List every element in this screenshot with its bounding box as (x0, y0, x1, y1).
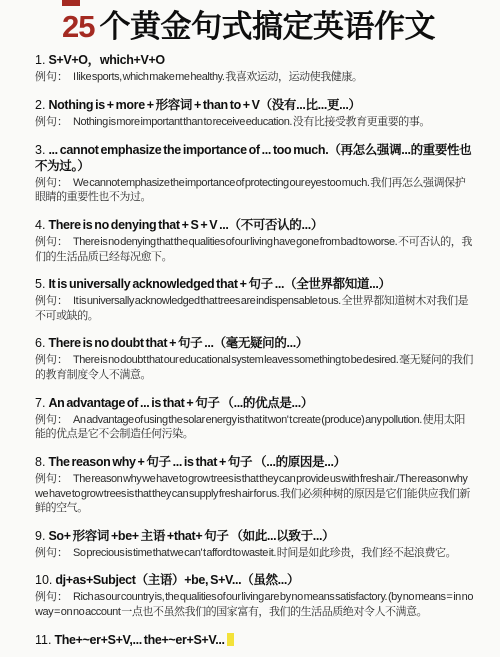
example-text: I like sports, which make me healthy. 我喜… (73, 71, 362, 83)
example-text: The reason why we have to grow trees is … (35, 473, 470, 514)
pattern-text: S+V+O，which+V+O (48, 53, 164, 67)
example-label: 例句： (35, 414, 68, 426)
example-sentence: 例句：An advantage of using the solar energ… (35, 413, 474, 442)
red-corner-fragment (62, 0, 80, 6)
example-text: So precious is time that we can' t affor… (73, 547, 456, 559)
pattern-item: 2.Nothing is + more + 形容词 + than to + V（… (35, 97, 474, 130)
example-sentence: 例句：The reason why we have to grow trees … (35, 472, 474, 516)
example-label: 例句： (35, 591, 68, 603)
pattern-heading: 10.dj+as+Subject（主语）+be, S+V...（虽然...） (35, 572, 474, 588)
example-text: We cannot emphasize the importance of pr… (35, 177, 465, 204)
page-title: 25个黄金句式搞定英语作文 (62, 10, 474, 43)
example-sentence: 例句：We cannot emphasize the importance of… (35, 176, 474, 205)
example-sentence: 例句：There is no denying that the qualitie… (35, 235, 474, 264)
example-text: Rich as our country is, the qualities of… (35, 591, 473, 618)
pattern-item: 11.The+~er+S+V,... the+~er+S+V... (35, 632, 474, 648)
pattern-text: An advantage of ... is that + 句子 （...的优点… (48, 396, 313, 410)
example-sentence: 例句：There is no doubt that our educationa… (35, 353, 474, 382)
pattern-item: 4.There is no denying that + S + V ...（不… (35, 217, 474, 264)
pattern-number: 4. (35, 218, 45, 232)
pattern-heading: 8.The reason why + 句子 ... is that + 句子 （… (35, 454, 474, 470)
pattern-text: There is no doubt that + 句子 ...（毫无疑问的...… (48, 336, 308, 350)
title-number: 25 (62, 9, 94, 44)
pattern-text: The+~er+S+V,... the+~er+S+V... (54, 633, 224, 647)
pattern-heading: 2.Nothing is + more + 形容词 + than to + V（… (35, 97, 474, 113)
pattern-number: 8. (35, 455, 45, 469)
example-sentence: 例句：Nothing is more important than to rec… (35, 115, 474, 130)
document-page: 25个黄金句式搞定英语作文 1.S+V+O，which+V+O 例句：I lik… (0, 0, 500, 657)
example-label: 例句： (35, 547, 68, 559)
example-sentence: 例句：Rich as our country is, the qualities… (35, 590, 474, 619)
pattern-text: ... cannot emphasize the importance of .… (35, 143, 471, 173)
pattern-text: dj+as+Subject（主语）+be, S+V...（虽然...） (55, 573, 299, 587)
pattern-heading: 1.S+V+O，which+V+O (35, 52, 474, 68)
pattern-text: The reason why + 句子 ... is that + 句子 （..… (48, 455, 345, 469)
example-sentence: 例句：So precious is time that we can' t af… (35, 546, 474, 561)
pattern-heading: 9.So+ 形容词 +be+ 主语 +that+ 句子 （如此...以致于...… (35, 528, 474, 544)
example-label: 例句： (35, 295, 68, 307)
example-text: Nothing is more important than to receiv… (73, 116, 430, 128)
pattern-item: 9.So+ 形容词 +be+ 主语 +that+ 句子 （如此...以致于...… (35, 528, 474, 561)
example-label: 例句： (35, 354, 68, 366)
title-text: 个黄金句式搞定英语作文 (99, 9, 435, 44)
pattern-number: 1. (35, 53, 45, 67)
pattern-heading: 5.It is universally acknowledged that + … (35, 276, 474, 292)
pattern-item: 10.dj+as+Subject（主语）+be, S+V...（虽然...） 例… (35, 572, 474, 619)
pattern-item: 7.An advantage of ... is that + 句子 （...的… (35, 395, 474, 442)
pattern-text: It is universally acknowledged that + 句子… (48, 277, 390, 291)
example-text: It is universally acknowledged that tree… (35, 295, 468, 322)
pattern-text: Nothing is + more + 形容词 + than to + V（没有… (48, 98, 360, 112)
example-sentence: 例句：I like sports, which make me healthy.… (35, 70, 474, 85)
pattern-heading: 11.The+~er+S+V,... the+~er+S+V... (35, 632, 474, 648)
pattern-number: 3. (35, 143, 45, 157)
pattern-text: There is no denying that + S + V ...（不可否… (48, 218, 323, 232)
pattern-item: 8.The reason why + 句子 ... is that + 句子 （… (35, 454, 474, 516)
pattern-text: So+ 形容词 +be+ 主语 +that+ 句子 （如此...以致于...） (48, 529, 334, 543)
pattern-number: 11. (35, 633, 51, 647)
pattern-number: 6. (35, 336, 45, 350)
pattern-item: 3.... cannot emphasize the importance of… (35, 142, 474, 205)
example-sentence: 例句：It is universally acknowledged that t… (35, 294, 474, 323)
pattern-item: 5.It is universally acknowledged that + … (35, 276, 474, 323)
pattern-number: 9. (35, 529, 45, 543)
pattern-list: 1.S+V+O，which+V+O 例句：I like sports, whic… (35, 52, 474, 647)
example-label: 例句： (35, 116, 68, 128)
pattern-number: 5. (35, 277, 45, 291)
example-label: 例句： (35, 236, 68, 248)
pattern-number: 2. (35, 98, 45, 112)
pattern-item: 6.There is no doubt that + 句子 ...（毫无疑问的.… (35, 335, 474, 382)
example-label: 例句： (35, 177, 68, 189)
pattern-number: 7. (35, 396, 45, 410)
pattern-item: 1.S+V+O，which+V+O 例句：I like sports, whic… (35, 52, 474, 85)
pattern-heading: 6.There is no doubt that + 句子 ...（毫无疑问的.… (35, 335, 474, 351)
example-text: An advantage of using the solar energy i… (35, 414, 465, 441)
example-text: There is no denying that the qualities o… (35, 236, 472, 263)
pattern-heading: 7.An advantage of ... is that + 句子 （...的… (35, 395, 474, 411)
example-label: 例句： (35, 71, 68, 83)
pattern-number: 10. (35, 573, 52, 587)
pattern-heading: 3.... cannot emphasize the importance of… (35, 142, 474, 174)
highlight-cursor (227, 633, 234, 646)
example-label: 例句： (35, 473, 68, 485)
example-text: There is no doubt that our educational s… (35, 354, 473, 381)
pattern-heading: 4.There is no denying that + S + V ...（不… (35, 217, 474, 233)
